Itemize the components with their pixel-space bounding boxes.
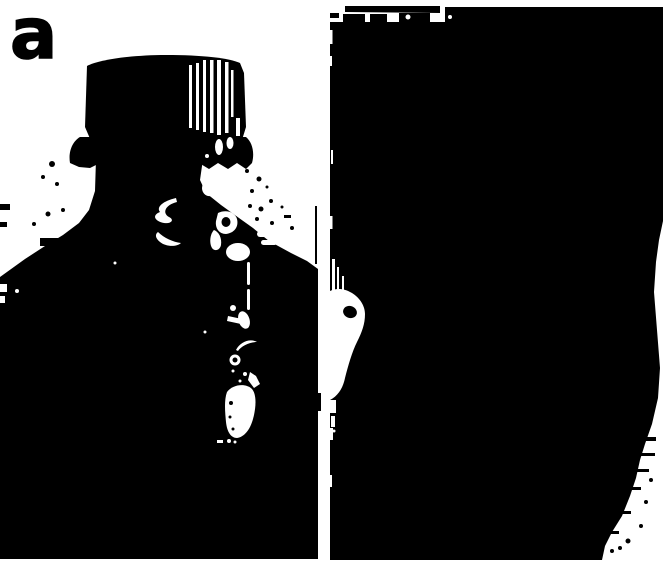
panel-label: a <box>10 0 57 75</box>
figure-panel-a: a <box>0 0 667 567</box>
plate-silhouette <box>330 7 663 560</box>
two-panel-photo-figure: a <box>0 0 667 567</box>
right-photo-plate <box>330 6 663 560</box>
bottle-cap <box>85 55 246 141</box>
